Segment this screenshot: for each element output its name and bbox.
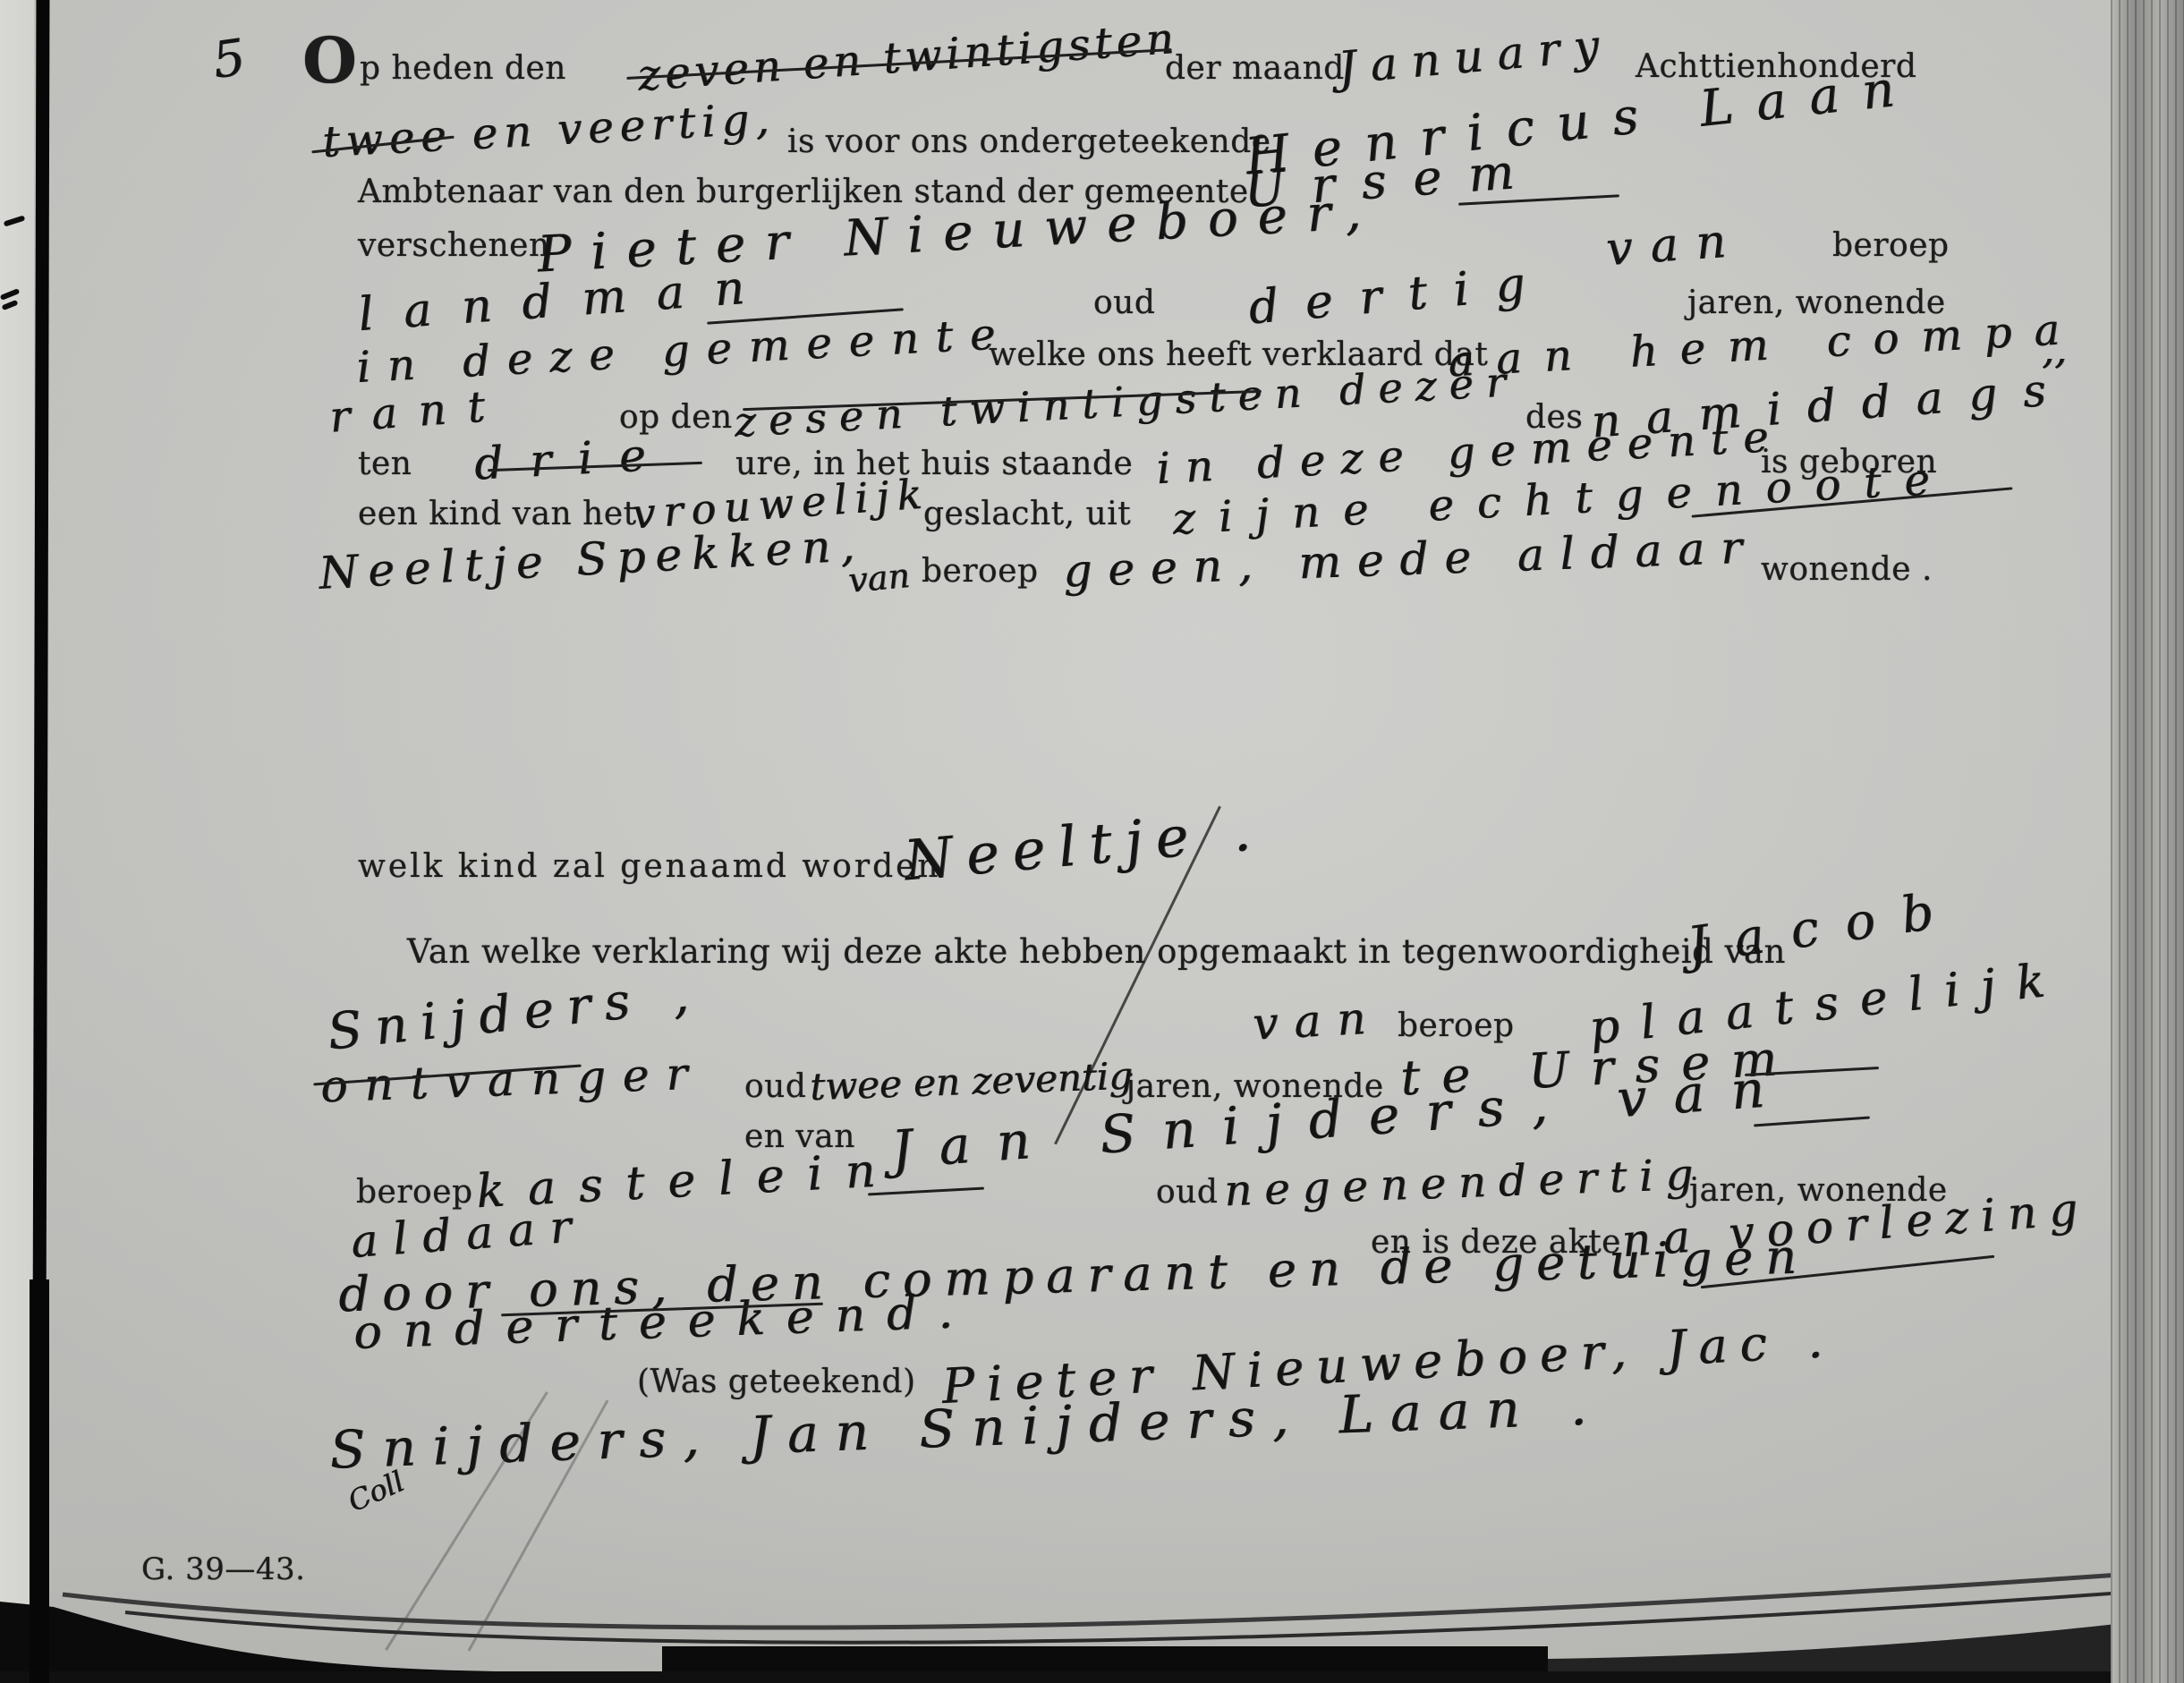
right-page-stack-edge <box>2111 0 2184 1683</box>
act-number: 5 <box>209 29 249 90</box>
printed-een-kind: een kind van het <box>358 496 637 532</box>
printed-oud-2: oud <box>744 1068 806 1105</box>
printed-op-heden-den: p heden den <box>360 50 566 87</box>
printed-beroep-1: beroep <box>1832 227 1950 264</box>
printed-ure-in-het: ure, in het huis staande <box>735 446 1133 482</box>
hand-declarant-age: dertig <box>1246 255 1554 335</box>
printed-beroep-2: beroep <box>922 553 1039 590</box>
hand-witness1-first: Jacob <box>1684 880 1964 975</box>
document-page: 5 O p heden den zeven en twintigsten der… <box>0 0 2184 1683</box>
hand-rant: rant <box>327 380 507 443</box>
hand-van-2: van <box>1252 991 1383 1050</box>
printed-beroep-3: beroep <box>1398 1007 1515 1044</box>
printed-oud-1: oud <box>1093 285 1155 321</box>
hand-van-1: van <box>1604 214 1746 277</box>
printed-is-voor-ons: is voor ons ondergeteekende <box>787 123 1271 160</box>
printed-beroep-4: beroep <box>356 1174 473 1211</box>
hand-witness1-last: Snijders , <box>325 965 704 1062</box>
printed-der-maand: der maand <box>1165 50 1345 87</box>
printed-welk-kind: welk kind zal genaamd worden <box>358 848 941 885</box>
printed-was-geteekend: (Was geteekend) <box>637 1364 916 1400</box>
book-binding-bar <box>30 1279 49 1683</box>
hand-witness1-age: twee en zeventig <box>809 1054 1133 1109</box>
hand-mother-occupation: geen, mede aldaar <box>1062 521 1759 597</box>
printed-oud-3: oud <box>1156 1174 1218 1211</box>
hand-month: January <box>1336 19 1615 95</box>
printed-verschenen: verschenen <box>358 227 550 264</box>
printed-form-code: G. 39—43. <box>141 1551 305 1587</box>
hand-van-3: van <box>846 556 911 600</box>
printed-geslacht-uit: geslacht, uit <box>923 496 1131 532</box>
printed-initial-O: O <box>302 23 357 98</box>
hand-hour: drie <box>473 428 674 490</box>
printed-van-welke: Van welke verklaring wij deze akte hebbe… <box>407 932 1786 971</box>
hand-day: zeven en twintigsten <box>636 13 1180 101</box>
hand-witness2-age: negenendertig <box>1223 1150 1706 1217</box>
printed-wonende-2: wonende . <box>1761 551 1933 588</box>
printed-ten: ten <box>358 446 412 482</box>
hand-year: twee en veertig, <box>321 94 777 167</box>
hand-child-name: Neeltje . <box>902 797 1267 894</box>
